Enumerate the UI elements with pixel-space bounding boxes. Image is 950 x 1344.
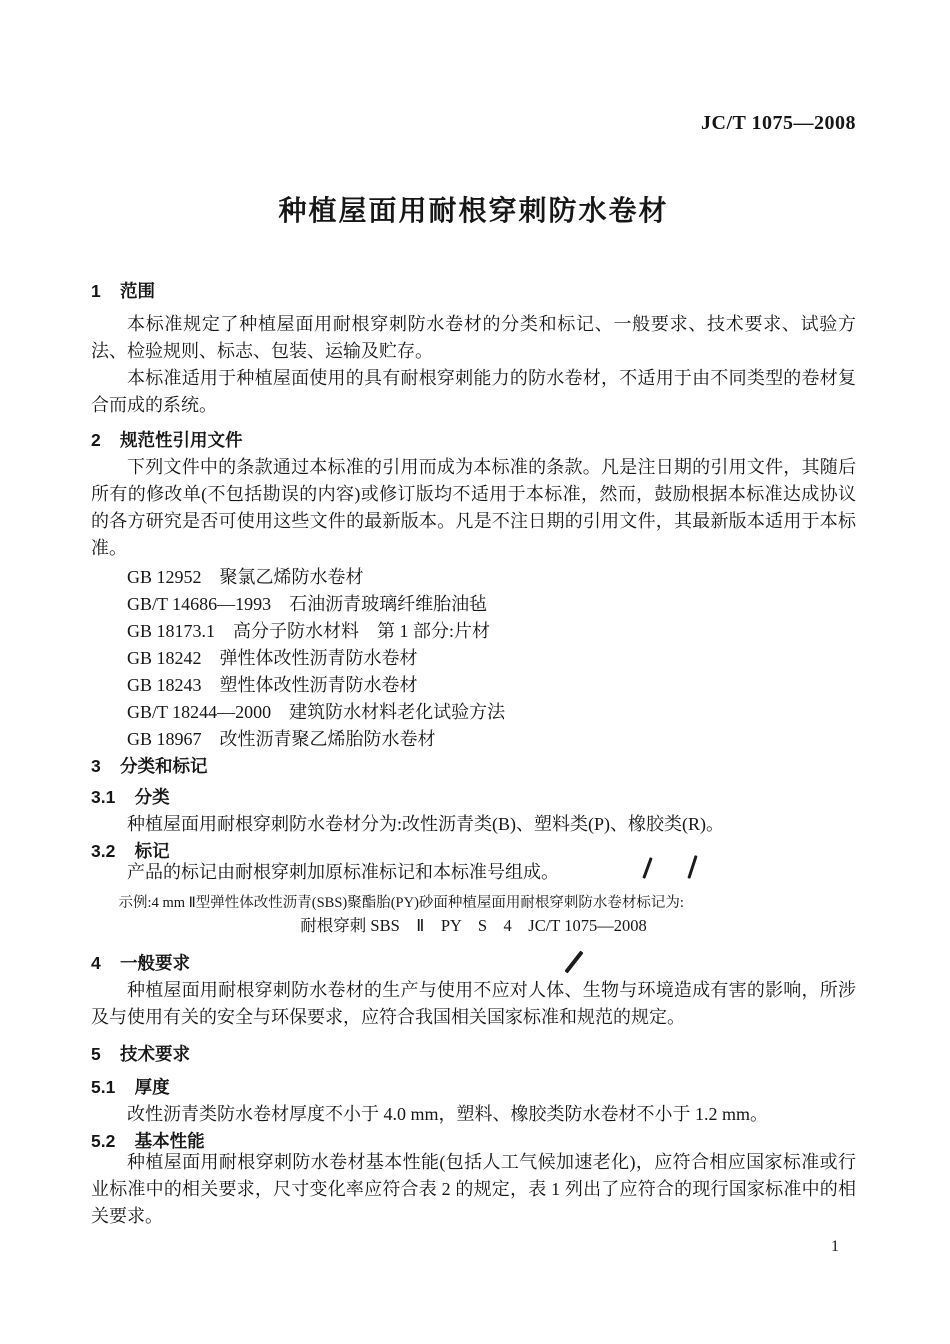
reference-item: GB 18967 改性沥青聚乙烯胎防水卷材 [127,726,856,753]
subsection-title: 基本性能 [135,1131,205,1151]
page-content: JC/T 1075—2008 种植屋面用耐根穿刺防水卷材 1范围 本标准规定了种… [0,0,950,1230]
section-number: 4 [91,950,101,977]
paragraph: 种植屋面用耐根穿刺防水卷材的生产与使用不应对人体、生物与环境造成有害的影响，所涉… [91,977,856,1031]
paragraph: 种植屋面用耐根穿刺防水卷材分为:改性沥青类(B)、塑料类(P)、橡胶类(R)。 [91,811,856,838]
section-heading-scope: 1范围 [91,278,856,305]
section-heading-classification-and-marking: 3分类和标记 [91,753,856,780]
marking-example-designation: 耐根穿刺 SBS Ⅱ PY S 4 JC/T 1075—2008 [91,914,856,938]
section-title: 分类和标记 [120,756,208,776]
paragraph: 产品的标记由耐根穿刺加原标准标记和本标准号组成。 [91,859,856,886]
reference-item: GB/T 18244—2000 建筑防水材料老化试验方法 [127,699,856,726]
section-number: 5 [91,1041,101,1068]
section-title: 规范性引用文件 [120,430,243,450]
paragraph: 下列文件中的条款通过本标准的引用而成为本标准的条款。凡是注日期的引用文件，其随后… [91,454,856,562]
section-heading-normative-references: 2规范性引用文件 [91,427,856,454]
subsection-heading-thickness: 5.1厚度 [91,1074,856,1101]
section-number: 2 [91,427,101,454]
section-title: 一般要求 [120,953,190,973]
reference-item: GB 12952 聚氯乙烯防水卷材 [127,564,856,591]
subsection-number: 3.2 [91,838,115,865]
reference-item: GB/T 14686—1993 石油沥青玻璃纤维胎油毡 [127,591,856,618]
reference-item: GB 18173.1 高分子防水材料 第 1 部分:片材 [127,618,856,645]
paragraph: 本标准适用于种植屋面使用的具有耐根穿刺能力的防水卷材，不适用于由不同类型的卷材复… [91,365,856,419]
subsection-number: 3.1 [91,784,115,811]
subsection-number: 5.2 [91,1128,115,1155]
subsection-title: 分类 [135,787,170,807]
subsection-title: 标记 [135,841,170,861]
section-title: 技术要求 [120,1044,190,1064]
standard-code: JC/T 1075—2008 [91,0,856,135]
subsection-number: 5.1 [91,1074,115,1101]
reference-list: GB 12952 聚氯乙烯防水卷材 GB/T 14686—1993 石油沥青玻璃… [91,564,856,753]
page-number: 1 [831,1238,839,1256]
subsection-title: 厚度 [135,1077,170,1097]
paragraph: 改性沥青类防水卷材厚度不小于 4.0 mm，塑料、橡胶类防水卷材不小于 1.2 … [91,1101,856,1128]
reference-item: GB 18243 塑性体改性沥青防水卷材 [127,672,856,699]
marking-example-label: 示例:4 mm Ⅱ型弹性体改性沥青(SBS)聚酯胎(PY)砂面种植屋面用耐根穿刺… [119,892,856,914]
document-page: JC/T 1075—2008 种植屋面用耐根穿刺防水卷材 1范围 本标准规定了种… [0,0,950,1344]
section-number: 3 [91,753,101,780]
paragraph: 本标准规定了种植屋面用耐根穿刺防水卷材的分类和标记、一般要求、技术要求、试验方法… [91,311,856,365]
subsection-heading-classification: 3.1分类 [91,784,856,811]
section-heading-general-requirements: 4一般要求 [91,950,856,977]
section-heading-technical-requirements: 5技术要求 [91,1041,856,1068]
paragraph: 种植屋面用耐根穿刺防水卷材基本性能(包括人工气候加速老化)，应符合相应国家标准或… [91,1149,856,1230]
reference-item: GB 18242 弹性体改性沥青防水卷材 [127,645,856,672]
section-number: 1 [91,278,101,305]
document-title: 种植屋面用耐根穿刺防水卷材 [91,193,856,229]
section-title: 范围 [120,281,155,301]
